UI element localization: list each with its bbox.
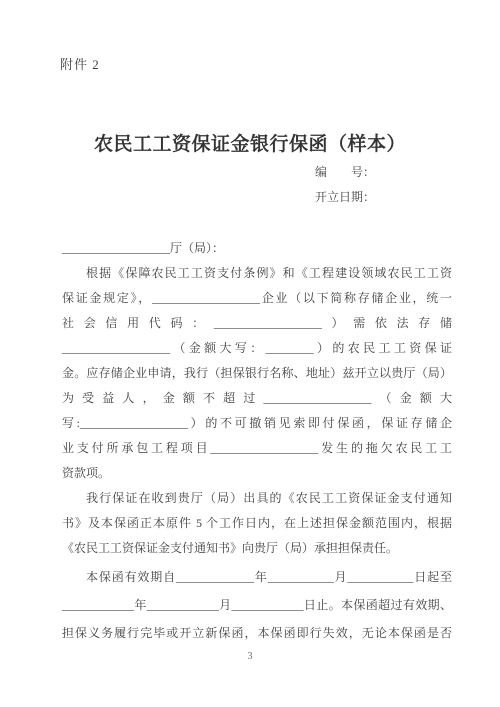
validity-paragraph: 本保函有效期自_____________年___________月_______… [62,563,452,647]
issue-date-label: 开立日期： [315,185,375,210]
body-line: 本保函有效期自_____________年___________月_______… [62,563,452,591]
body-line: ____________年____________月____________日止… [62,591,452,619]
body-line: __________________（金额大写：________）的农民工工资保… [62,336,452,361]
body-line: 资款项。 [62,461,452,486]
document-meta: 编 号： 开立日期： [315,160,375,210]
body-line: 业支付所承包工程项目__________________发生的拖欠农民工工 [62,436,452,461]
body-line: 为受益人，金额不超过__________________（金额大 [62,386,452,411]
body-line: 写:__________________）的不可撤销见索即付保函，保证存储企 [62,411,452,436]
document-page: 附件 2 农民工工资保证金银行保函（样本） 编 号： 开立日期： _______… [0,0,500,707]
body-line: 我行保证在收到贵厅（局）出具的《农民工工资保证金支付通知 [62,486,452,511]
salutation-line: __________________厅（局）： [62,236,452,261]
attachment-label: 附件 2 [60,54,100,73]
document-title: 农民工工资保证金银行保函（样本） [0,129,500,156]
body-line: 保证金规定》，__________________企业（以下简称存储企业，统一 [62,286,452,311]
letter-body: __________________厅（局）： 根据《保障农民工工资支付条例》和… [62,236,452,647]
body-line: 社会信用代码：__________________）需依法存储 [62,311,452,336]
number-field-label: 编 号： [315,160,375,185]
body-line: 金。应存储企业申请，我行（担保银行名称、地址）兹开立以贵厅（局） [62,361,452,386]
page-number: 3 [0,651,500,662]
body-line: 根据《保障农民工工资支付条例》和《工程建设领域农民工工资 [62,261,452,286]
body-line: 书》及本保函正本原件 5 个工作日内，在上述担保金额范围内，根据 [62,511,452,536]
body-line: 担保义务履行完毕或开立新保函，本保函即行失效，无论本保函是否 [62,619,452,647]
body-line: 《农民工工资保证金支付通知书》向贵厅（局）承担担保责任。 [62,536,452,561]
